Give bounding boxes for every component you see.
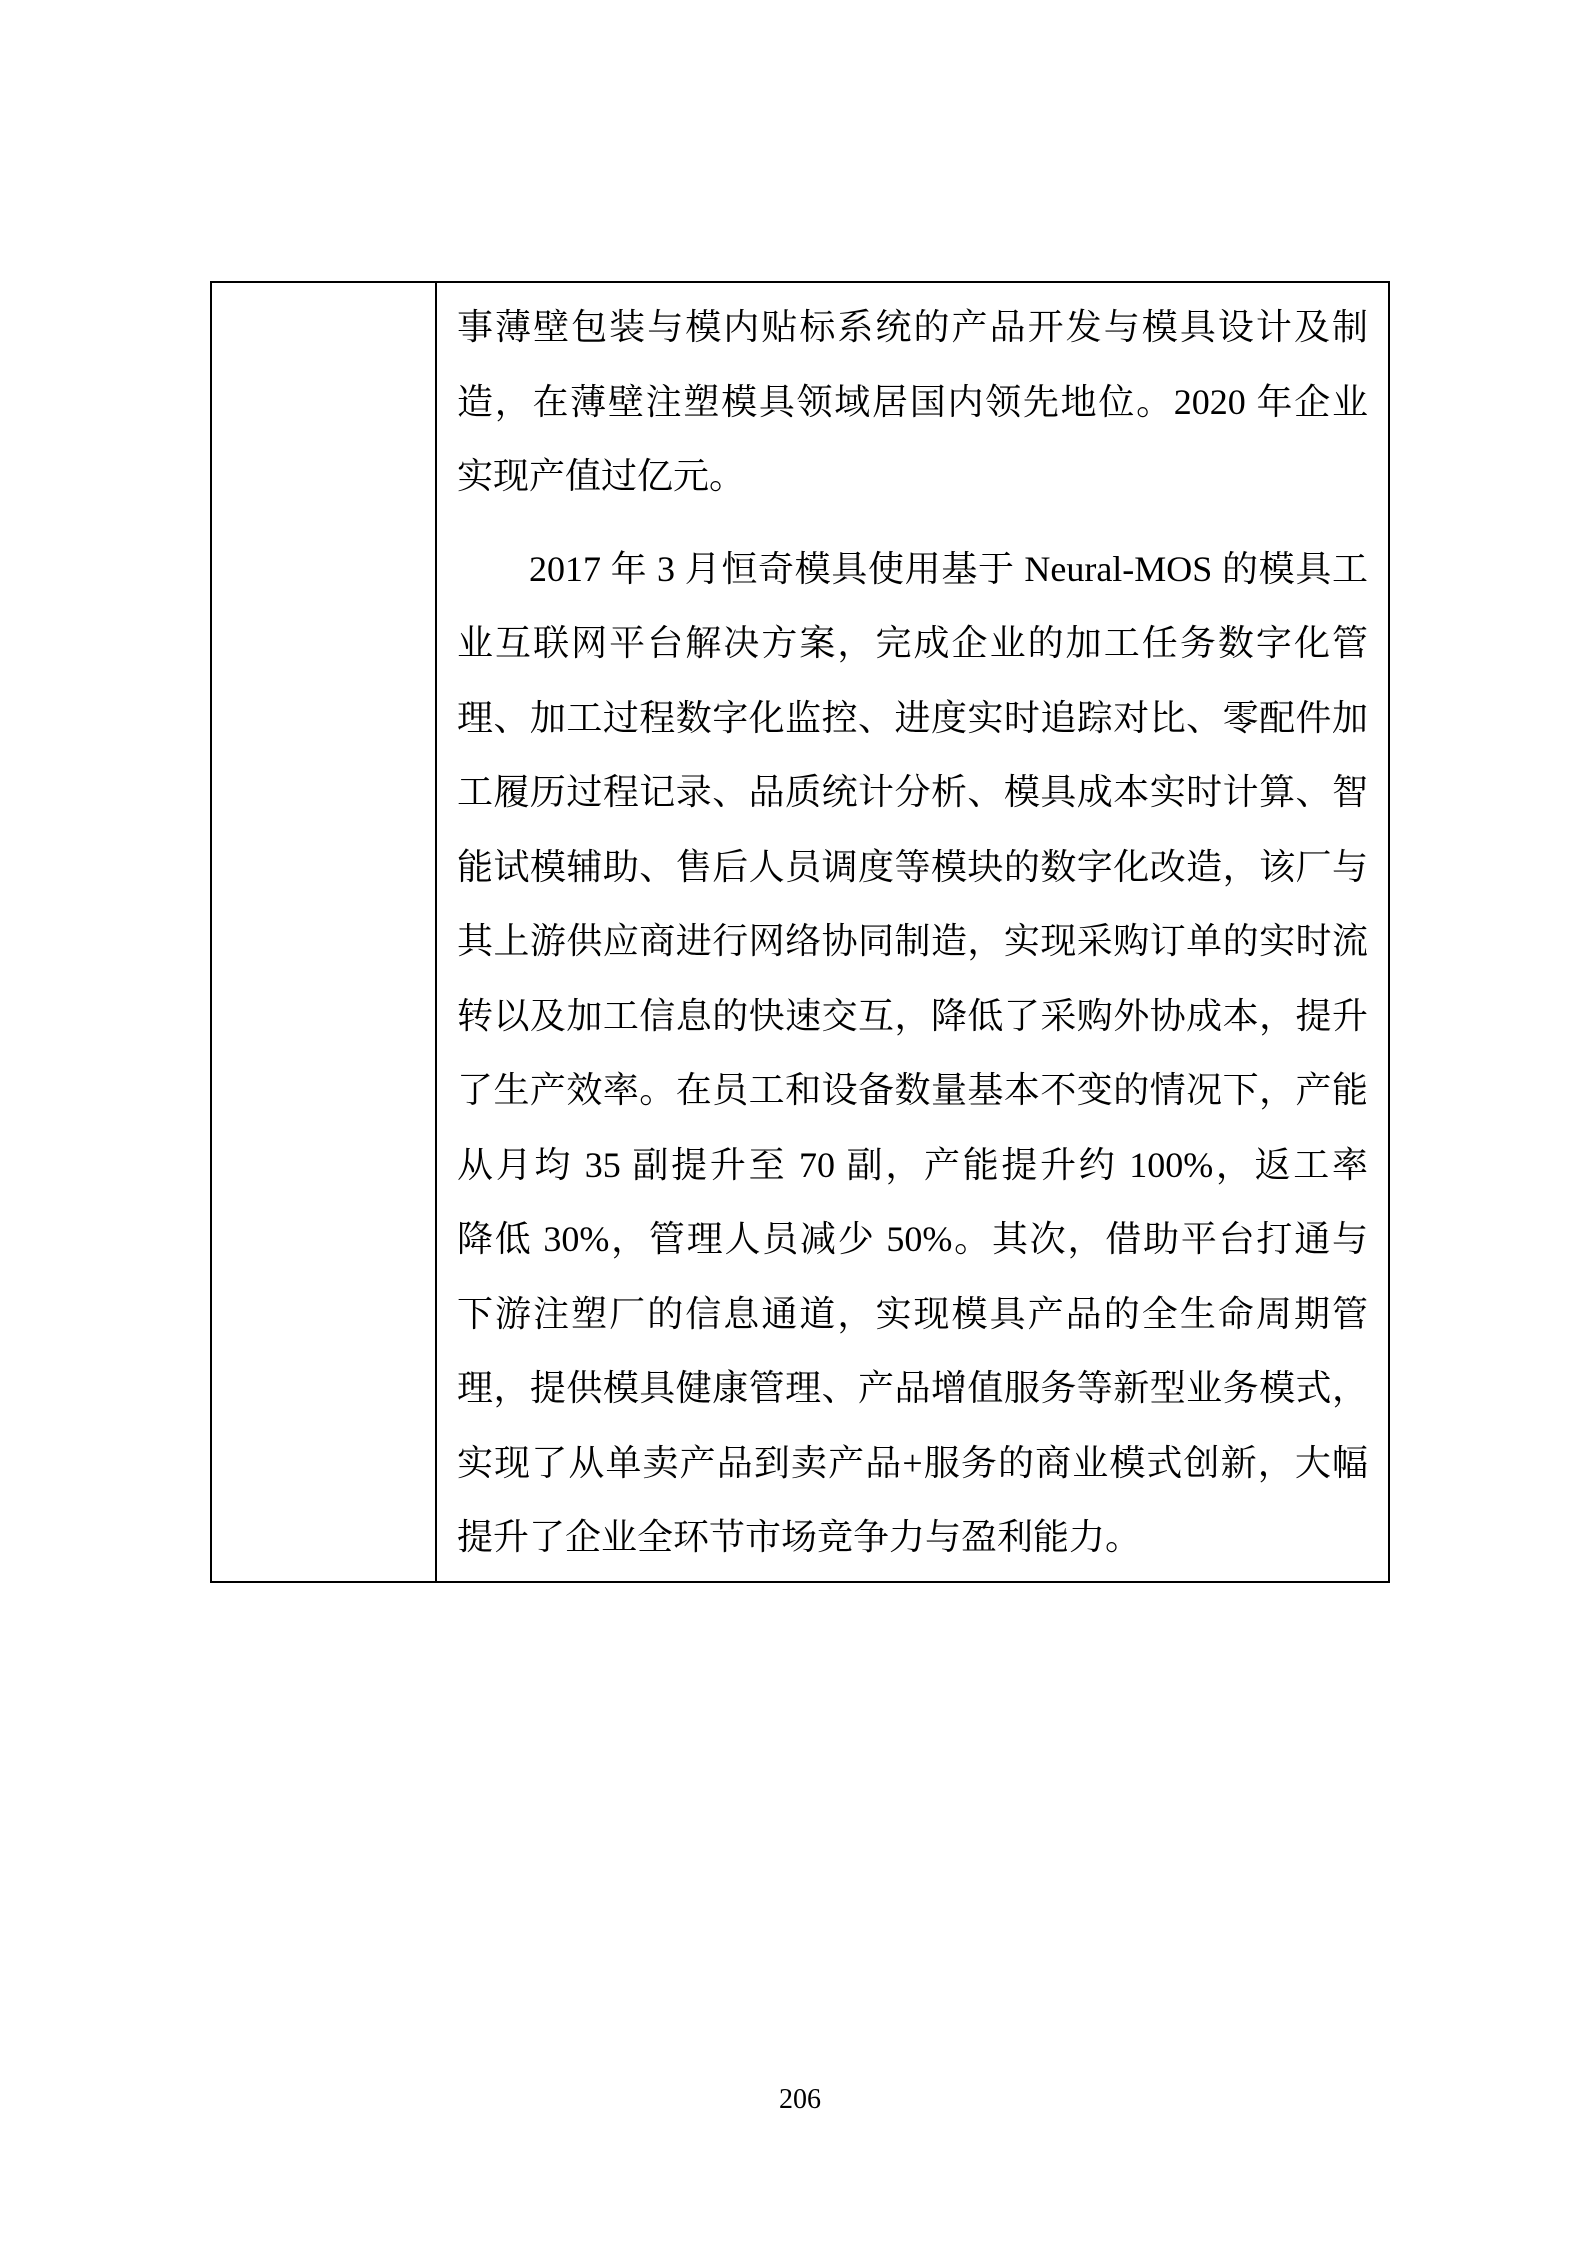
document-page: 事薄壁包装与模内贴标系统的产品开发与模具设计及制 造，在薄壁注塑模具领域居国内领… bbox=[0, 0, 1587, 2245]
paragraph-company-intro: 事薄壁包装与模内贴标系统的产品开发与模具设计及制 造，在薄壁注塑模具领域居国内领… bbox=[457, 290, 1368, 514]
page-number: 206 bbox=[0, 2083, 1587, 2117]
text-line: 从月均 35 副提升至 70 副，产能提升约 100%，返工率 bbox=[457, 1128, 1368, 1203]
text-line: 了生产效率。在员工和设备数量基本不变的情况下，产能 bbox=[457, 1053, 1368, 1128]
text-line: 工履历过程记录、品质统计分析、模具成本实时计算、智 bbox=[457, 755, 1368, 830]
text-line: 造，在薄壁注塑模具领域居国内领先地位。2020 年企业 bbox=[457, 365, 1368, 440]
text-line: 2017 年 3 月恒奇模具使用基于 Neural-MOS 的模具工 bbox=[457, 532, 1368, 607]
paragraph-solution-results: 2017 年 3 月恒奇模具使用基于 Neural-MOS 的模具工 业互联网平… bbox=[457, 532, 1368, 1575]
text-line: 理，提供模具健康管理、产品增值服务等新型业务模式， bbox=[457, 1351, 1368, 1426]
text-line: 转以及加工信息的快速交互，降低了采购外协成本，提升 bbox=[457, 979, 1368, 1054]
case-study-table: 事薄壁包装与模内贴标系统的产品开发与模具设计及制 造，在薄壁注塑模具领域居国内领… bbox=[210, 281, 1390, 1583]
text-line: 能试模辅助、售后人员调度等模块的数字化改造，该厂与 bbox=[457, 830, 1368, 905]
text-line: 下游注塑厂的信息通道，实现模具产品的全生命周期管 bbox=[457, 1277, 1368, 1352]
text-line: 实现了从单卖产品到卖产品+服务的商业模式创新，大幅 bbox=[457, 1426, 1368, 1501]
text-line: 提升了企业全环节市场竞争力与盈利能力。 bbox=[457, 1500, 1368, 1575]
text-line: 降低 30%，管理人员减少 50%。其次，借助平台打通与 bbox=[457, 1202, 1368, 1277]
table-header-cell bbox=[212, 283, 437, 1581]
text-line: 业互联网平台解决方案，完成企业的加工任务数字化管 bbox=[457, 606, 1368, 681]
table-body-cell: 事薄壁包装与模内贴标系统的产品开发与模具设计及制 造，在薄壁注塑模具领域居国内领… bbox=[437, 283, 1388, 1581]
text-line: 理、加工过程数字化监控、进度实时追踪对比、零配件加 bbox=[457, 681, 1368, 756]
text-line: 实现产值过亿元。 bbox=[457, 439, 1368, 514]
text-line: 事薄壁包装与模内贴标系统的产品开发与模具设计及制 bbox=[457, 290, 1368, 365]
text-line: 其上游供应商进行网络协同制造，实现采购订单的实时流 bbox=[457, 904, 1368, 979]
